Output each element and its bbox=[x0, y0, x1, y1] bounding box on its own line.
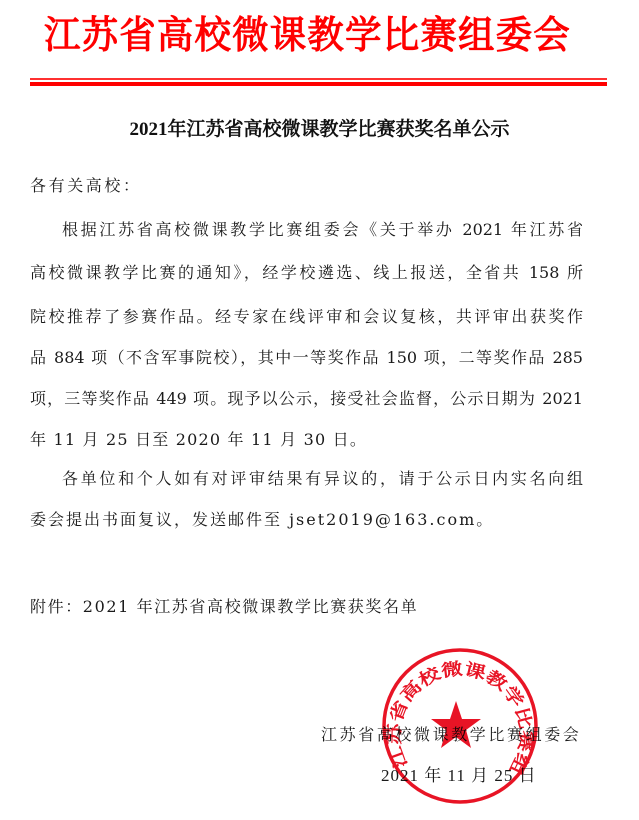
paragraph1-line: 项，三等奖作品 449 项。现予以公示，接受社会监督，公示日期为 2021 bbox=[30, 387, 583, 411]
star-icon bbox=[431, 701, 481, 748]
document-page: 江苏省高校微课教学比赛组委会 2021年江苏省高校微课教学比赛获奖名单公示 各有… bbox=[0, 0, 639, 820]
attachment-line: 附件：2021 年江苏省高校微课教学比赛获奖名单 bbox=[30, 595, 583, 619]
paragraph2-line: 委会提出书面复议，发送邮件至 jset2019@163.com。 bbox=[30, 508, 583, 532]
salutation: 各有关高校： bbox=[30, 174, 583, 198]
paragraph1-line: 院校推荐了参赛作品。经专家在线评审和会议复核，共评审出获奖作 bbox=[30, 305, 583, 329]
paragraph1-line: 根据江苏省高校微课教学比赛组委会《关于举办 2021 年江苏省 bbox=[62, 218, 583, 242]
letterhead-divider-thin bbox=[30, 78, 607, 80]
paragraph1-line: 年 11 月 25 日至 2020 年 11 月 30 日。 bbox=[30, 428, 583, 452]
paragraph1-line: 品 884 项（不含军事院校），其中一等奖作品 150 项，二等奖作品 285 bbox=[30, 346, 583, 370]
letterhead-organization: 江苏省高校微课教学比赛组委会 bbox=[44, 12, 543, 58]
document-title: 2021年江苏省高校微课教学比赛获奖名单公示 bbox=[60, 116, 579, 144]
letterhead-divider-thick bbox=[30, 82, 607, 86]
paragraph2-line: 各单位和个人如有对评审结果有异议的，请于公示日内实名向组 bbox=[62, 467, 583, 491]
official-seal: 江苏省高校微课教学比赛组委会 bbox=[381, 647, 539, 805]
paragraph1-line: 高校微课教学比赛的通知》，经学校遴选、线上报送，全省共 158 所 bbox=[30, 261, 583, 285]
